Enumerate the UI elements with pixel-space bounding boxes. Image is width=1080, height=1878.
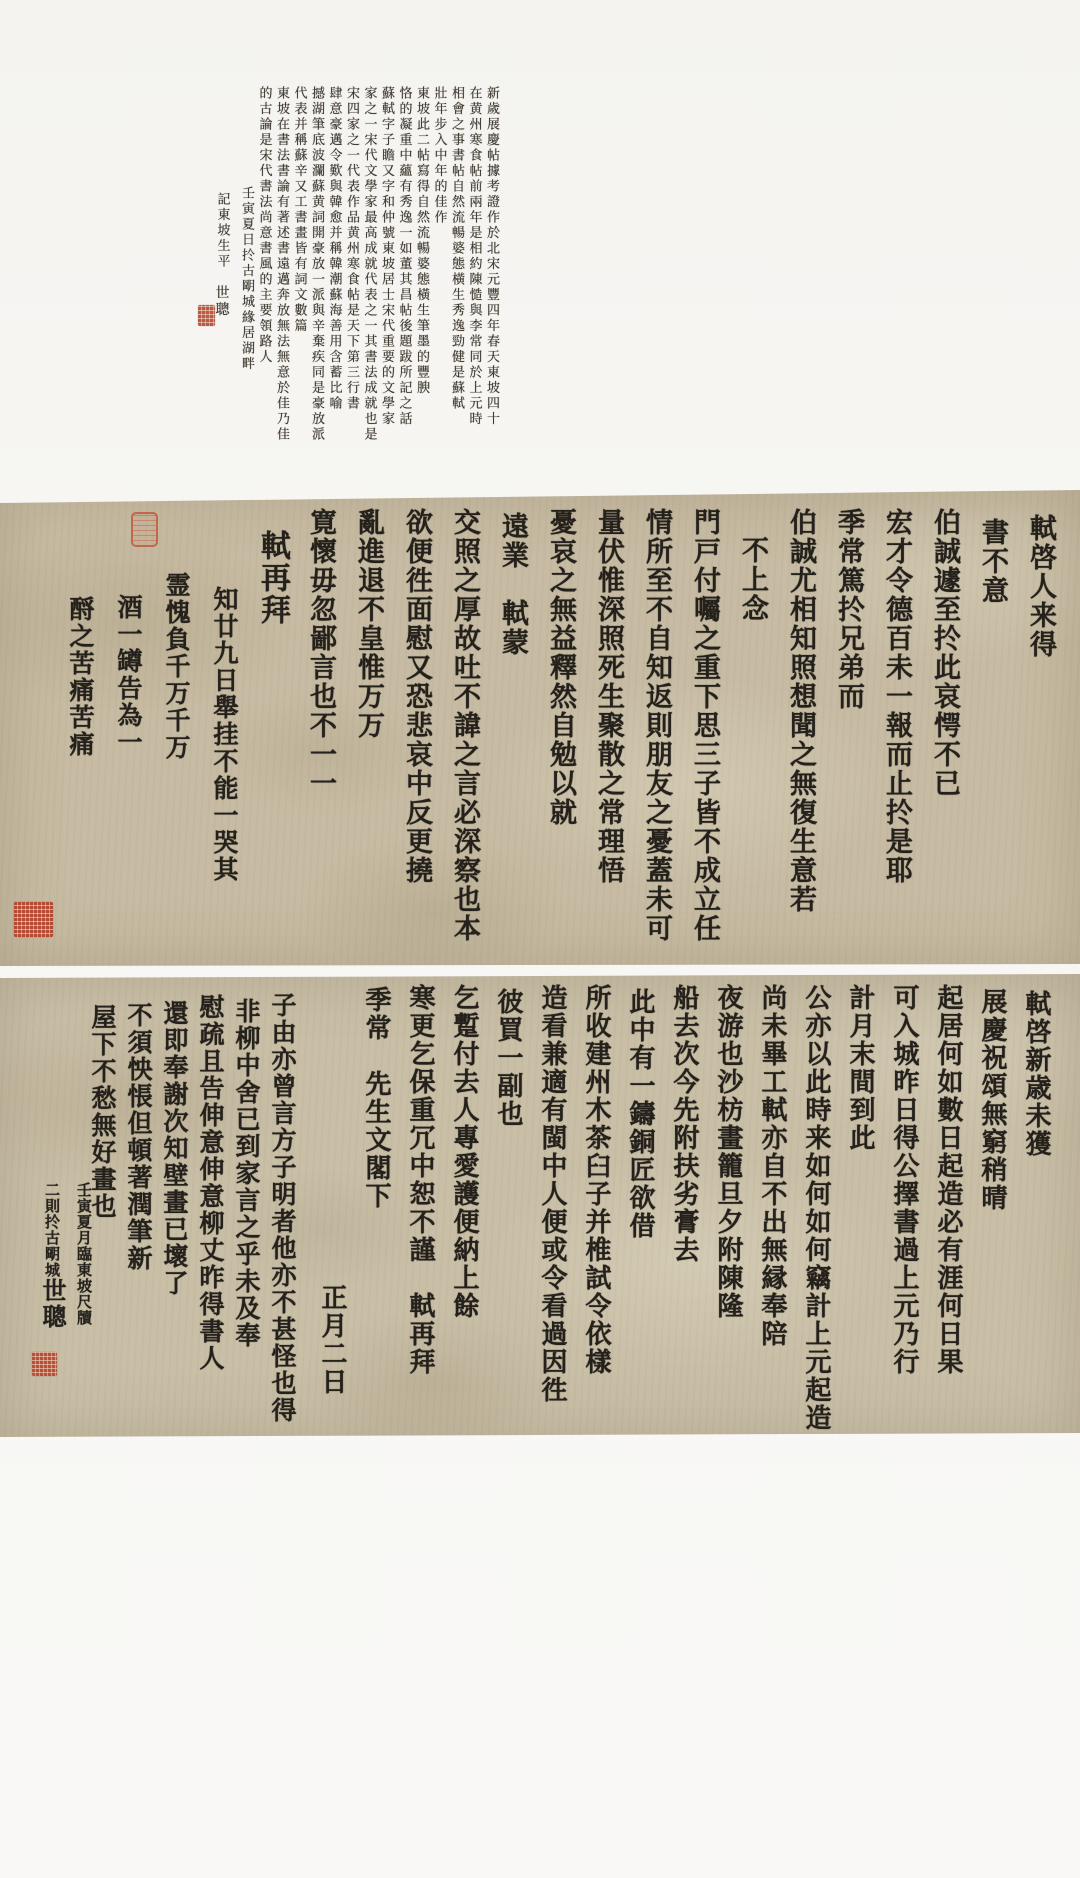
text-column-addressee: 季常 先生文閣下 — [354, 986, 398, 1438]
second-letter-column: 還即奉謝次知壁畫已壞了 — [156, 1000, 192, 1438]
second-letter-column: 不須怏悵但頓著潤筆新 — [120, 1002, 156, 1438]
text-column: 伯誠遽至扵此哀愕不已 — [920, 508, 968, 966]
colophon-column: 在黄州寒食帖前兩年是相約陳慥與李常同於上元時 — [465, 86, 483, 464]
text-column: 門戸付囑之重下思三子皆不成立任 — [680, 508, 728, 966]
colophon-column: 宋四家之一代表作品黄州寒食帖是天下第三行書 — [343, 86, 361, 464]
signature-place: 二則扵古朙城 — [43, 1182, 61, 1278]
postscript-column: 知廿九日舉挂不能一哭其 — [200, 586, 248, 966]
text-column: 欲便徃面慰又恐悲哀中反更撓 — [392, 508, 440, 966]
calligraphy-sheet-xinsuizhanqing: 軾啓新歳未獲 展慶祝頌無窮稍晴 起居何如數日起造必有涯何日果 可入城昨日得公擇書… — [0, 974, 1080, 1438]
text-column: 量伏惟深照死生聚散之常理悟 — [584, 508, 632, 966]
colophon-column: 代表并稱蘇辛又工書畫皆有詞文數篇 — [290, 86, 308, 464]
signature-date-line: 壬寅夏月臨東坡尺牘 — [70, 1182, 97, 1432]
collector-seal-square-icon — [14, 902, 53, 937]
text-column: 寛懷毋忽鄙言也不一一 — [296, 508, 344, 966]
colophon-artist-seal-icon — [198, 305, 215, 326]
sheet2-text-block: 軾啓新歳未獲 展慶祝頌無窮稍晴 起居何如數日起造必有涯何日果 可入城昨日得公擇書… — [84, 974, 1058, 1438]
postscript-column: 霊愧負千万千万 — [152, 572, 200, 966]
colophon-column: 東坡此二帖寫得自然流暢婆態橫生筆墨的豐腴 — [413, 86, 431, 464]
colophon-column: 恪的凝重中蘊有秀逸一如董其昌帖後題跋所記之話 — [395, 86, 413, 464]
colophon-signature-note: 記東坡生平 — [215, 192, 230, 285]
text-column: 遠業 軾蒙 — [488, 512, 536, 966]
text-column: 此中有一鑄銅匠欲借 — [618, 988, 662, 1438]
text-column: 起居何如數日起造必有涯何日果 — [926, 984, 970, 1438]
text-column: 夜游也沙枋畫籠旦夕附陳隆 — [706, 984, 750, 1438]
text-column: 彼買一副也 — [486, 988, 530, 1438]
colophon-column: 肆意豪邁令歎與韓愈并稱韓潮蘇海善用含蓄比喻 — [325, 86, 343, 464]
postscript-column: 酒一罇告為一 — [104, 594, 152, 966]
text-column: 軾啓人来得 — [1016, 514, 1064, 966]
text-column: 交照之厚故吐不諱之言必深察也本 — [440, 508, 488, 966]
artist-name: 世聰 — [214, 285, 230, 318]
text-column: 書不意 — [968, 518, 1016, 966]
scroll-photograph: 新歲展慶帖據考證作於北宋元豐四年春天東坡四十 在黄州寒食帖前兩年是相約陳慥與李常… — [0, 0, 1080, 1878]
text-column: 宏才令德百未一報而止扵是耶 — [872, 508, 920, 966]
copyist-seal-icon — [32, 1352, 57, 1376]
text-column: 亂進退不皇惟万万 — [344, 508, 392, 966]
second-letter-column: 非柳中舍已到家言之乎未及奉 — [228, 998, 264, 1438]
text-column: 公亦以此時来如何如何竊計上元起造 — [794, 984, 838, 1438]
copyist-signature: 壬寅夏月臨東坡尺牘 二則扵古朙城世聰 — [38, 1182, 97, 1432]
colophon-column: 撼湖筆底波瀾蘇黄詞開豪放一派與辛棄疾同是豪放派 — [308, 86, 326, 464]
signature-place-line: 二則扵古朙城世聰 — [38, 1182, 66, 1432]
text-column: 寒更乞保重冗中恕不謹 軾再拜 — [398, 984, 442, 1438]
colophon-column: 相會之事書帖自然流暢婆態橫生秀逸勁健是蘇軾 — [448, 86, 466, 464]
text-column: 情所至不自知返則朋友之憂蓋未可 — [632, 508, 680, 966]
sheet1-text-block: 軾啓人来得 書不意 伯誠遽至扵此哀愕不已 宏才令德百未一報而止扵是耶 季常篤扵兄… — [56, 490, 1064, 966]
colophon-column: 家之一宋代文學家最高成就代表之一其書法成就也是 — [360, 86, 378, 464]
text-column: 憂哀之無益釋然自勉以就 — [536, 508, 584, 966]
second-letter-column: 子由亦曾言方子明者他亦不甚怪也得 — [264, 992, 300, 1438]
text-column-signoff: 軾再拜 — [248, 530, 296, 966]
colophon-column: 東坡在書法書論有著述書遠邁奔放無法無意於佳乃佳 — [273, 86, 291, 464]
colophon-column: 壯年步入中年的佳作 — [430, 86, 448, 464]
artist-name: 世聰 — [38, 1278, 67, 1330]
collector-seal-outline-icon — [131, 512, 158, 547]
text-column: 乞蹔付去人專愛護便納上餘 — [442, 984, 486, 1438]
text-column: 造看兼適有閩中人便或令看過因徃 — [530, 984, 574, 1438]
text-column-date: 正月二日 — [310, 1284, 354, 1438]
text-column: 船去次今先附扶劣膏去 — [662, 984, 706, 1438]
text-column: 可入城昨日得公擇書過上元乃行 — [882, 984, 926, 1438]
second-letter-column: 慰疏且告伸意伸意柳丈昨得書人 — [192, 994, 228, 1438]
text-column: 不上念 — [728, 536, 776, 966]
postscript-column: 酹之苦痛苦痛 — [56, 596, 104, 966]
text-column: 計月末間到此 — [838, 984, 882, 1438]
text-column: 所收建州木茶臼子并椎試令依樣 — [574, 984, 618, 1438]
colophon-column: 蘇軾字子瞻又字和仲號東坡居士宋代重要的文學家 — [378, 86, 396, 464]
calligraphy-sheet-renlaidéshu: 軾啓人来得 書不意 伯誠遽至扵此哀愕不已 宏才令德百未一報而止扵是耶 季常篤扵兄… — [0, 490, 1080, 966]
colophon-signature-name: 記東坡生平 世聰 — [212, 192, 231, 464]
colophon-column: 的古論是宋代書法尚意書風的主要領路人 — [255, 86, 273, 464]
colophon-signature-date: 壬寅夏日扵古朙城緣居湖畔 — [238, 186, 256, 464]
text-column: 軾啓新歳未獲 — [1014, 990, 1058, 1438]
text-column: 季常篤扵兄弟而 — [824, 508, 872, 966]
colophon-inscription: 新歲展慶帖據考證作於北宋元豐四年春天東坡四十 在黄州寒食帖前兩年是相約陳慥與李常… — [212, 86, 500, 464]
colophon-column: 新歲展慶帖據考證作於北宋元豐四年春天東坡四十 — [483, 86, 501, 464]
text-column: 尚未畢工軾亦自不出無縁奉陪 — [750, 984, 794, 1438]
text-column: 展慶祝頌無窮稍晴 — [970, 988, 1014, 1438]
text-column: 伯誠尤相知照想聞之無復生意若 — [776, 508, 824, 966]
